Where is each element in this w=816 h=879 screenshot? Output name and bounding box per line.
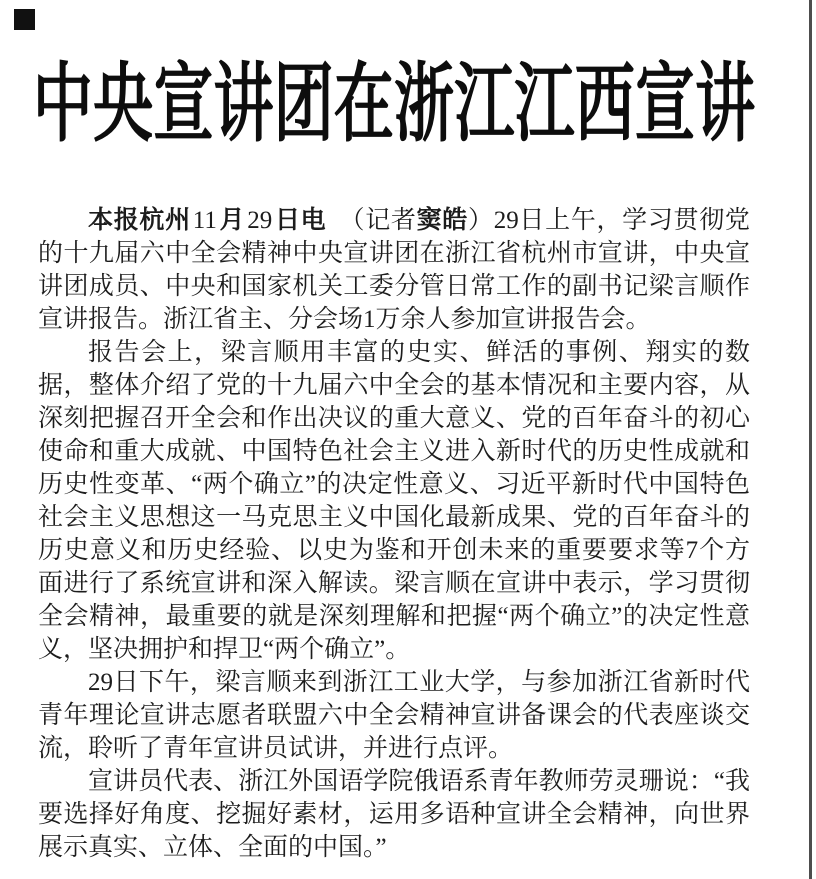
dateline-day-number: 29 [245,207,274,234]
paragraph-4: 宣讲员代表、浙江外国语学院俄语系青年教师劳灵珊说：“我要选择好角度、挖掘好素材，… [38,765,750,864]
reporter-name: 窦皓 [417,207,468,234]
paragraph-dateline: 本报杭州11月29日电 （记者窦皓）29日上午，学习贯彻党的十九届六中全会精神中… [38,204,750,336]
article-headline: 中央宣讲团在浙江江西宣讲 [38,60,750,148]
dateline-spacer [326,207,352,234]
paragraph-3: 29日下午，梁言顺来到浙江工业大学，与参加浙江省新时代青年理论宣讲志愿者联盟六中… [38,666,750,765]
column-divider-line [809,0,812,879]
reporter-label: （记者 [352,207,417,234]
dateline-wire-char: 日电 [274,207,326,234]
dateline-city: 本报杭州 [88,207,191,234]
paragraph-2: 报告会上，梁言顺用丰富的史实、鲜活的事例、翔实的数据，整体介绍了党的十九届六中全… [38,336,750,666]
article-body: 本报杭州11月29日电 （记者窦皓）29日上午，学习贯彻党的十九届六中全会精神中… [38,204,750,864]
corner-mark [14,9,35,30]
headline-text: 中央宣讲团在浙江江西宣讲 [33,60,755,148]
newspaper-page: 中央宣讲团在浙江江西宣讲 本报杭州11月29日电 （记者窦皓）29日上午，学习贯… [0,0,816,879]
dateline-month-number: 11 [191,207,219,234]
dateline-month-char: 月 [219,207,245,234]
